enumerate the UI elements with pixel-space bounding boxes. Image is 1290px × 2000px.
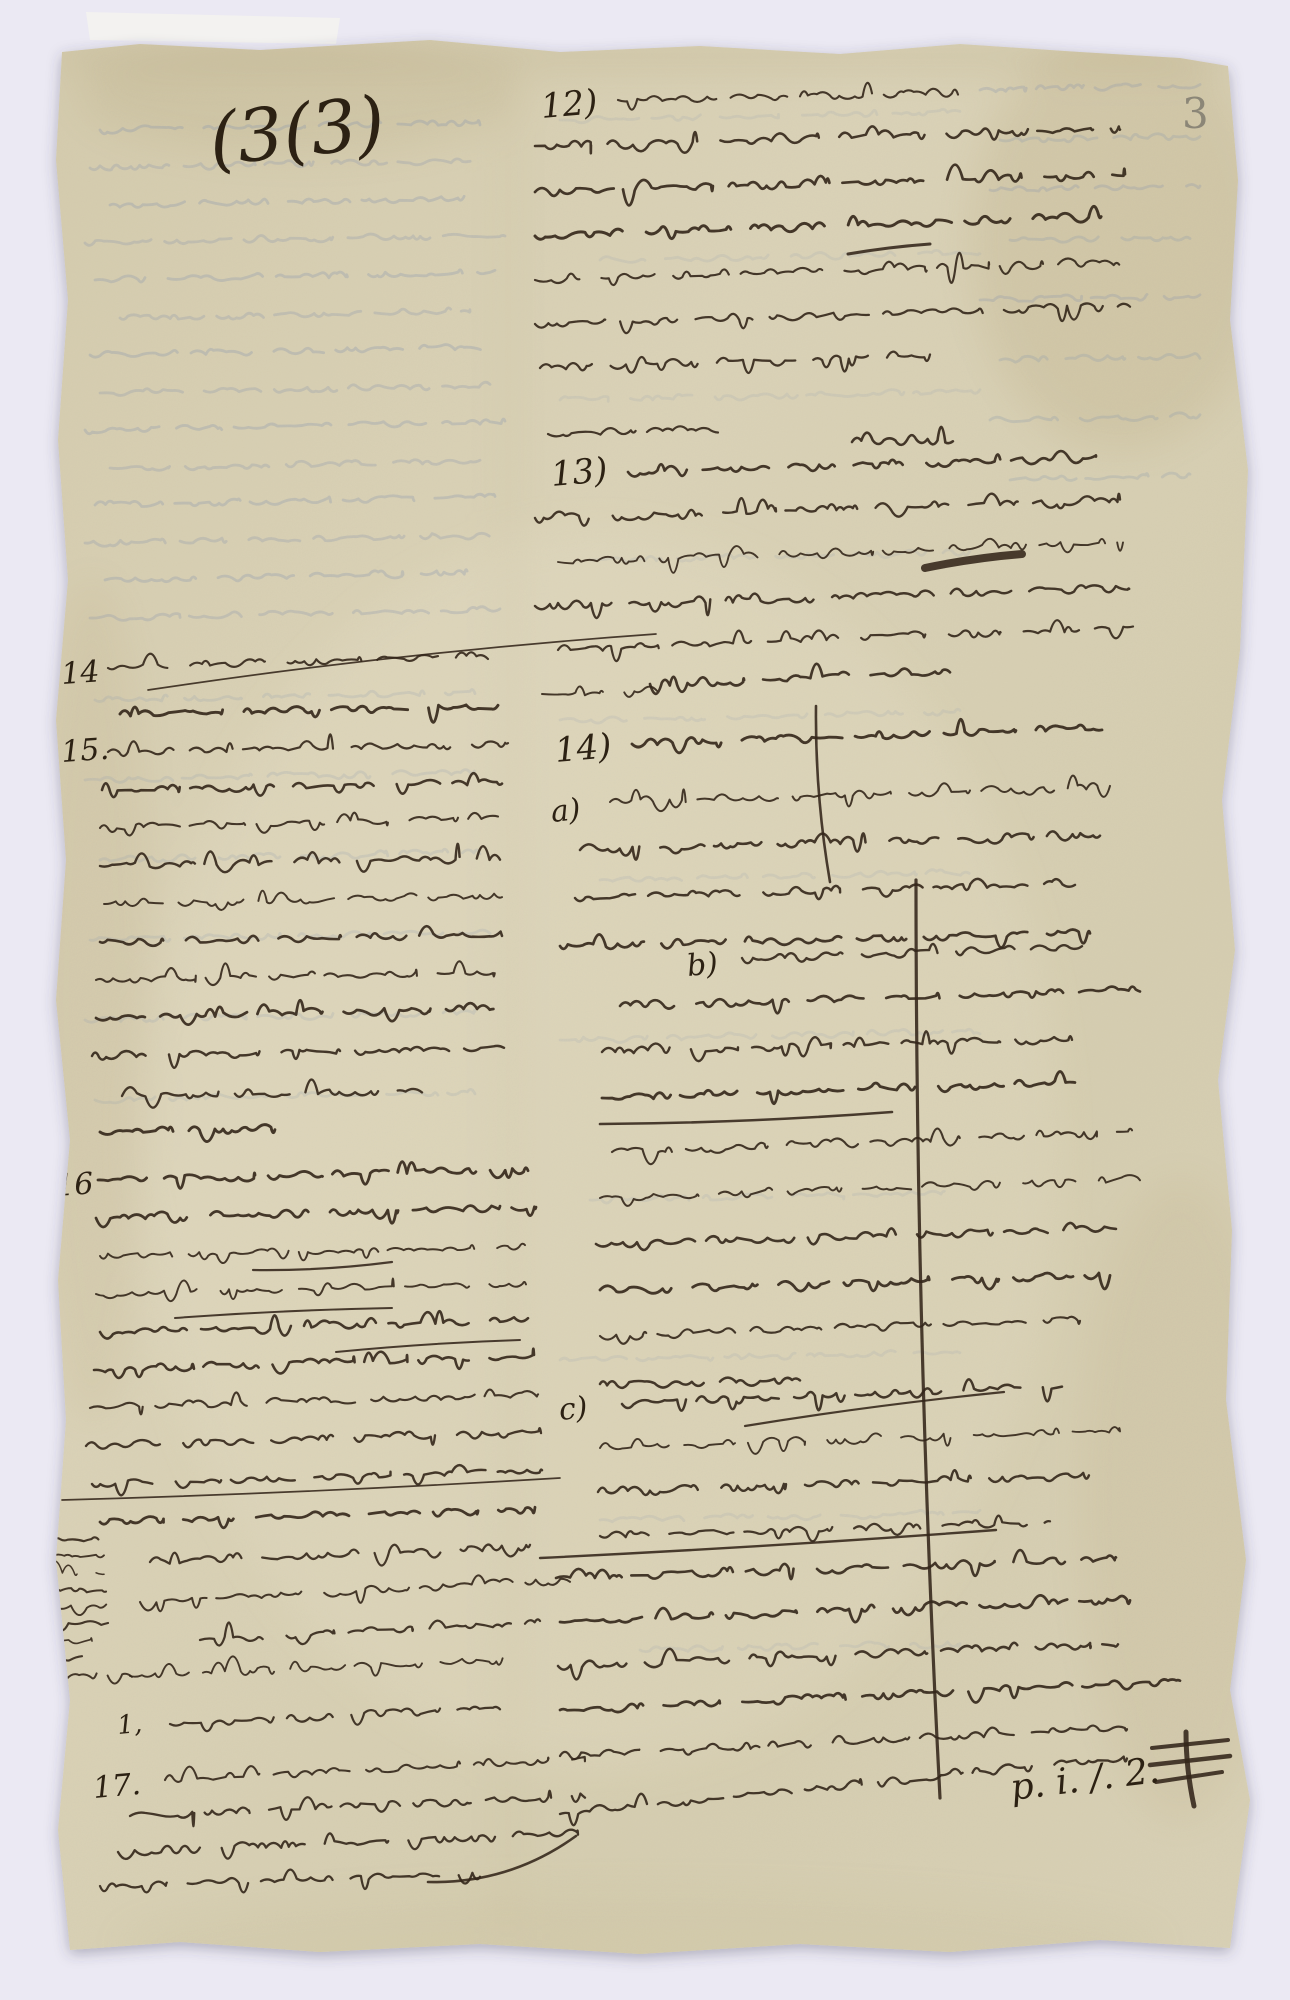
manuscript-scan-page: (3(3) 3 12) 13) 14) a) b) c) 14 15. 16 1… — [0, 0, 1290, 2000]
item-marker-a: a) — [549, 792, 582, 830]
item-marker-14-right: 14) — [553, 726, 613, 771]
item-marker-13: 13) — [549, 450, 609, 495]
item-marker-1: 1, — [116, 1709, 143, 1741]
item-marker-17: 17. — [92, 1767, 143, 1806]
item-marker-15: 15. — [60, 732, 110, 770]
item-marker-b: b) — [685, 946, 719, 984]
folio-number: 3 — [1182, 89, 1209, 138]
item-marker-14-left: 14 — [60, 654, 101, 692]
item-marker-c: c) — [557, 1390, 589, 1428]
item-marker-12: 12) — [539, 82, 599, 127]
manuscript-scan: (3(3) 3 12) 13) 14) a) b) c) 14 15. 16 1… — [0, 0, 1290, 2000]
